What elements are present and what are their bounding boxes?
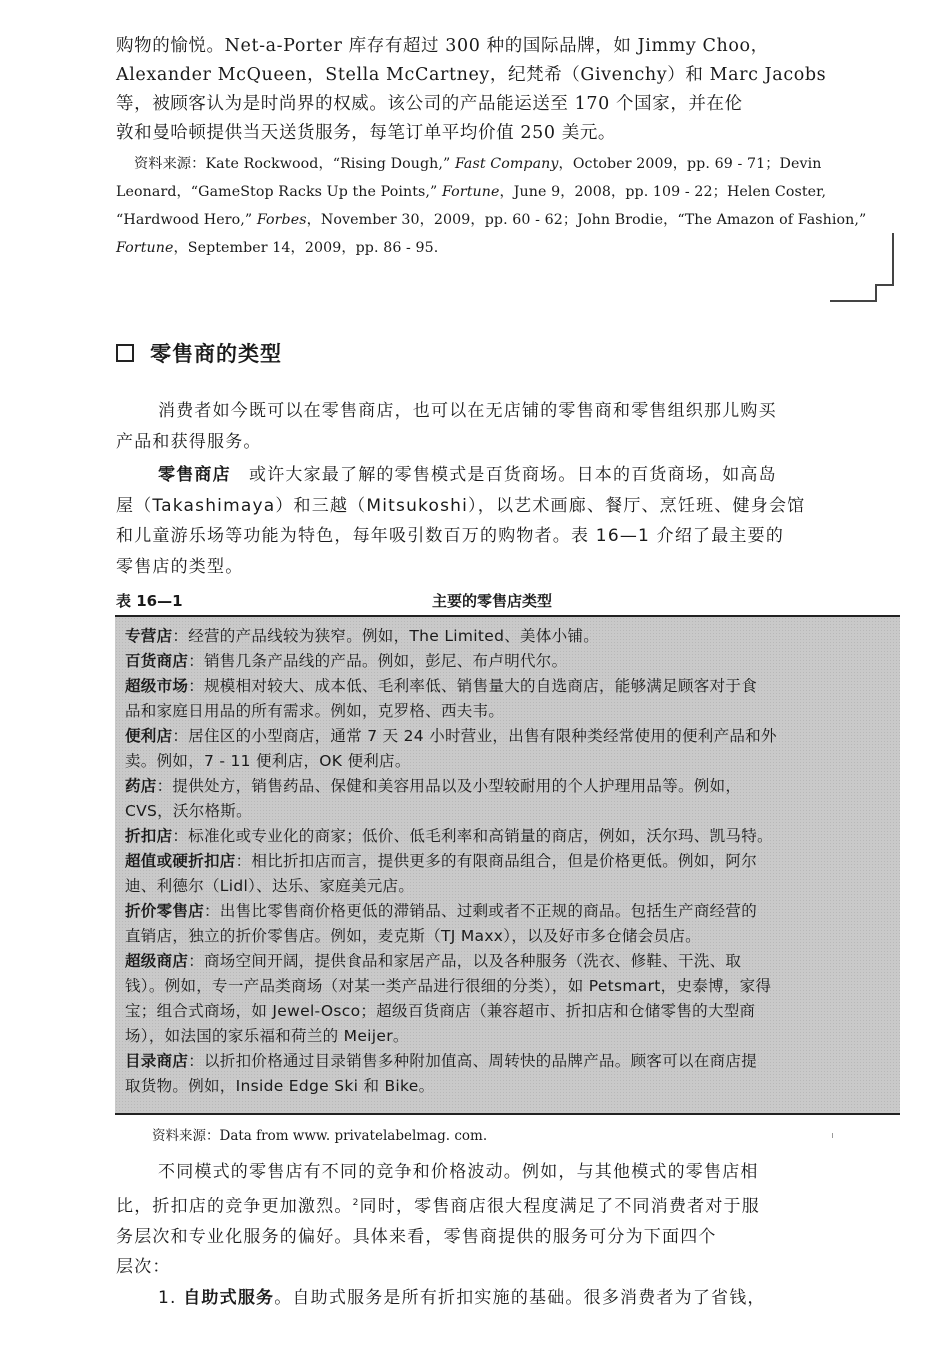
row-text: ：出售比零售商价格更低的滞销品、过剩或者不正规的商品。包括生产商经营的 xyxy=(204,902,757,920)
row-term: 百货商店 xyxy=(125,652,188,670)
publication-name: Fast Company xyxy=(455,156,559,172)
row-text: ：规模相对较大、成本低、毛利率低、销售量大的自选商店，能够满足顾客对于食 xyxy=(188,677,757,695)
text-line: 消费者如今既可以在零售商店，也可以在无店铺的零售商和零售组织那儿购买 xyxy=(116,396,882,427)
row-term: 超级市场 xyxy=(125,677,188,695)
row-term: 药店 xyxy=(125,777,157,795)
text-line: 比，折扣店的竞争更加激烈。2同时，零售商店很大程度满足了不同消费者对于服 xyxy=(116,1188,882,1222)
text-line: 零售店的类型。 xyxy=(116,552,882,583)
row-line: 专营店：经营的产品线较为狭窄。例如，The Limited、美体小铺。 xyxy=(125,624,893,649)
citation-text: ，June 9，2008，pp. 109 - 22；Helen Coster, xyxy=(499,184,826,200)
text-line: Alexander McQueen，Stella McCartney，纪梵希（G… xyxy=(116,61,882,90)
row-text: ：销售几条产品线的产品。例如，彭尼、布卢明代尔。 xyxy=(188,652,567,670)
table-number: 表 16—1 xyxy=(116,590,183,611)
publication-name: Fortune xyxy=(442,184,499,200)
row-text: 钱）。例如，专一产品类商场（对某一类产品进行很细的分类），如 Petsmart，… xyxy=(125,974,893,999)
row-line: 便利店：居住区的小型商店，通常 7 天 24 小时营业，出售有限种类经常使用的便… xyxy=(125,724,893,749)
table-source: 资料来源：Data from www. privatelabelmag. com… xyxy=(152,1124,487,1144)
text-line: 零售商店 或许大家最了解的零售模式是百货商场。日本的百货商场，如高岛 xyxy=(116,460,882,491)
row-text: ：相比折扣店而言，提供更多的有限商品组合，但是价格更低。例如，阿尔 xyxy=(236,852,757,870)
table-row: 折价零售店：出售比零售商价格更低的滞销品、过剩或者不正规的商品。包括生产商经营的… xyxy=(125,899,893,949)
row-line: 折扣店：标准化或专业化的商家；低价、低毛利率和高销量的商店，例如，沃尔玛、凯马特… xyxy=(125,824,893,849)
square-bullet-icon xyxy=(116,344,134,362)
row-text: ：经营的产品线较为狭窄。例如，The Limited、美体小铺。 xyxy=(172,627,599,645)
citation-text: ，November 30，2009，pp. 60 - 62；John Brodi… xyxy=(307,212,867,228)
row-text: 品和家庭日用品的所有需求。例如，克罗格、西夫韦。 xyxy=(125,699,893,724)
citation-text: ，October 2009，pp. 69 - 71；Devin xyxy=(559,156,822,172)
row-text: 卖。例如，7 - 11 便利店，OK 便利店。 xyxy=(125,749,893,774)
text-line: 屋（Takashimaya）和三越（Mitsukoshi），以艺术画廊、餐厅、烹… xyxy=(116,491,882,522)
text-line: 务层次和专业化服务的偏好。具体来看，零售商提供的服务可分为下面四个 xyxy=(116,1222,882,1253)
text: 比，折扣店的竞争更加激烈。 xyxy=(116,1196,353,1216)
text: 。自助式服务是所有折扣实施的基础。很多消费者为了省钱， xyxy=(274,1288,765,1308)
row-term: 超级商店 xyxy=(125,952,188,970)
inline-term: 零售商店 xyxy=(158,465,231,485)
row-text: 迪、利德尔（Lidl）、达乐、家庭美元店。 xyxy=(125,874,893,899)
row-term: 折扣店 xyxy=(125,827,172,845)
citation-line: Fortune，September 14，2009，pp. 86 - 95. xyxy=(116,234,886,262)
row-term: 超值或硬折扣店 xyxy=(125,852,236,870)
section-heading: 零售商的类型 xyxy=(116,338,282,368)
row-term: 目录商店 xyxy=(125,1052,188,1070)
row-line: 药店：提供处方，销售药品、保健和美容用品以及小型较耐用的个人护理用品等。例如， xyxy=(125,774,893,799)
table-body: 专营店：经营的产品线较为狭窄。例如，The Limited、美体小铺。 百货商店… xyxy=(125,624,893,1099)
citation-text: Leonard，“GameStop Racks Up the Points,” xyxy=(116,184,442,200)
row-line: 目录商店：以折扣价格通过目录销售多种附加值高、周转快的品牌产品。顾客可以在商店提 xyxy=(125,1049,893,1074)
text-line: 等，被顾客认为是时尚界的权威。该公司的产品能运送至 170 个国家，并在伦 xyxy=(116,90,882,119)
box-corner-line xyxy=(892,233,894,285)
section-title: 零售商的类型 xyxy=(150,338,282,368)
row-term: 专营店 xyxy=(125,627,172,645)
publication-name: Forbes xyxy=(257,212,307,228)
paragraph: 消费者如今既可以在零售商店，也可以在无店铺的零售商和零售组织那儿购买 产品和获得… xyxy=(116,396,882,457)
row-text: CVS，沃尔格斯。 xyxy=(125,799,893,824)
row-text: 场），如法国的家乐福和荷兰的 Meijer。 xyxy=(125,1024,893,1049)
list-number: 1. xyxy=(158,1288,183,1308)
row-text: ：提供处方，销售药品、保健和美容用品以及小型较耐用的个人护理用品等。例如， xyxy=(157,777,742,795)
row-line: 超级市场：规模相对较大、成本低、毛利率低、销售量大的自选商店，能够满足顾客对于食 xyxy=(125,674,893,699)
row-text: ：标准化或专业化的商家；低价、低毛利率和高销量的商店，例如，沃尔玛、凯马特。 xyxy=(172,827,772,845)
table-row: 超级商店：商场空间开阔，提供食品和家居产品，以及各种服务（洗衣、修鞋、干洗、取 … xyxy=(125,949,893,1049)
text: 或许大家最了解的零售模式是百货商场。日本的百货商场，如高岛 xyxy=(231,465,777,485)
footnote-ref: 2 xyxy=(353,1198,360,1208)
text-line: 产品和获得服务。 xyxy=(116,427,882,458)
table-title: 主要的零售店类型 xyxy=(432,590,552,611)
table-row: 便利店：居住区的小型商店，通常 7 天 24 小时营业，出售有限种类经常使用的便… xyxy=(125,724,893,774)
row-line: 超值或硬折扣店：相比折扣店而言，提供更多的有限商品组合，但是价格更低。例如，阿尔 xyxy=(125,849,893,874)
row-line: 百货商店：销售几条产品线的产品。例如，彭尼、布卢明代尔。 xyxy=(125,649,893,674)
row-text: 直销店，独立的折价零售店。例如，麦克斯（TJ Maxx），以及好市多仓储会员店。 xyxy=(125,924,893,949)
table-row: 超值或硬折扣店：相比折扣店而言，提供更多的有限商品组合，但是价格更低。例如，阿尔… xyxy=(125,849,893,899)
case-source-citation: 资料来源：Kate Rockwood，“Rising Dough,” Fast … xyxy=(116,150,886,262)
table-row: 折扣店：标准化或专业化的商家；低价、低毛利率和高销量的商店，例如，沃尔玛、凯马特… xyxy=(125,824,893,849)
row-text: 取货物。例如，Inside Edge Ski 和 Bike。 xyxy=(125,1074,893,1099)
row-line: 折价零售店：出售比零售商价格更低的滞销品、过剩或者不正规的商品。包括生产商经营的 xyxy=(125,899,893,924)
row-term: 便利店 xyxy=(125,727,172,745)
row-text: 宝；组合式商场，如 Jewel-Osco；超级百货商店（兼容超市、折扣店和仓储零… xyxy=(125,999,893,1024)
text-line: 和儿童游乐场等功能为特色，每年吸引数百万的购物者。表 16—1 介绍了最主要的 xyxy=(116,521,882,552)
list-item: 1. 自助式服务。自助式服务是所有折扣实施的基础。很多消费者为了省钱， xyxy=(116,1283,882,1314)
book-page: 购物的愉悦。Net-a-Porter 库存有超过 300 种的国际品牌，如 Ji… xyxy=(0,0,934,1350)
row-text: ：以折扣价格通过目录销售多种附加值高、周转快的品牌产品。顾客可以在商店提 xyxy=(188,1052,757,1070)
scan-speck xyxy=(832,1133,833,1138)
text-line: 不同模式的零售店有不同的竞争和价格波动。例如，与其他模式的零售店相 xyxy=(116,1157,882,1188)
table-row: 超级市场：规模相对较大、成本低、毛利率低、销售量大的自选商店，能够满足顾客对于食… xyxy=(125,674,893,724)
citation-line: Leonard，“GameStop Racks Up the Points,” … xyxy=(116,178,886,206)
retail-types-table: 专营店：经营的产品线较为狭窄。例如，The Limited、美体小铺。 百货商店… xyxy=(115,615,900,1115)
table-row: 目录商店：以折扣价格通过目录销售多种附加值高、周转快的品牌产品。顾客可以在商店提… xyxy=(125,1049,893,1099)
intro-paragraph: 购物的愉悦。Net-a-Porter 库存有超过 300 种的国际品牌，如 Ji… xyxy=(116,32,882,148)
inline-term: 自助式服务 xyxy=(183,1288,274,1308)
text-line: 购物的愉悦。Net-a-Porter 库存有超过 300 种的国际品牌，如 Ji… xyxy=(116,32,882,61)
text-line: 1. 自助式服务。自助式服务是所有折扣实施的基础。很多消费者为了省钱， xyxy=(116,1283,882,1314)
citation-line: “Hardwood Hero,” Forbes，November 30，2009… xyxy=(116,206,886,234)
text: 同时，零售商店很大程度满足了不同消费者对于服 xyxy=(360,1196,760,1216)
text-line: 层次： xyxy=(116,1252,882,1283)
citation-text: ，September 14，2009，pp. 86 - 95. xyxy=(173,240,438,256)
paragraph: 不同模式的零售店有不同的竞争和价格波动。例如，与其他模式的零售店相 比，折扣店的… xyxy=(116,1157,882,1283)
source-label: 资料来源： xyxy=(134,156,205,172)
table-row: 药店：提供处方，销售药品、保健和美容用品以及小型较耐用的个人护理用品等。例如， … xyxy=(125,774,893,824)
citation-line: 资料来源：Kate Rockwood，“Rising Dough,” Fast … xyxy=(116,150,886,178)
paragraph: 零售商店 或许大家最了解的零售模式是百货商场。日本的百货商场，如高岛 屋（Tak… xyxy=(116,460,882,582)
table-row: 百货商店：销售几条产品线的产品。例如，彭尼、布卢明代尔。 xyxy=(125,649,893,674)
box-corner-line xyxy=(830,300,877,302)
citation-text: “Hardwood Hero,” xyxy=(116,212,257,228)
publication-name: Fortune xyxy=(116,240,173,256)
row-text: ：商场空间开阔，提供食品和家居产品，以及各种服务（洗衣、修鞋、干洗、取 xyxy=(188,952,741,970)
box-corner-line xyxy=(875,284,894,286)
row-line: 超级商店：商场空间开阔，提供食品和家居产品，以及各种服务（洗衣、修鞋、干洗、取 xyxy=(125,949,893,974)
text-line: 敦和曼哈顿提供当天送货服务，每笔订单平均价值 250 美元。 xyxy=(116,119,882,148)
citation-text: Kate Rockwood，“Rising Dough,” xyxy=(205,156,455,172)
row-term: 折价零售店 xyxy=(125,902,204,920)
row-text: ：居住区的小型商店，通常 7 天 24 小时营业，出售有限种类经常使用的便利产品… xyxy=(172,727,776,745)
table-row: 专营店：经营的产品线较为狭窄。例如，The Limited、美体小铺。 xyxy=(125,624,893,649)
